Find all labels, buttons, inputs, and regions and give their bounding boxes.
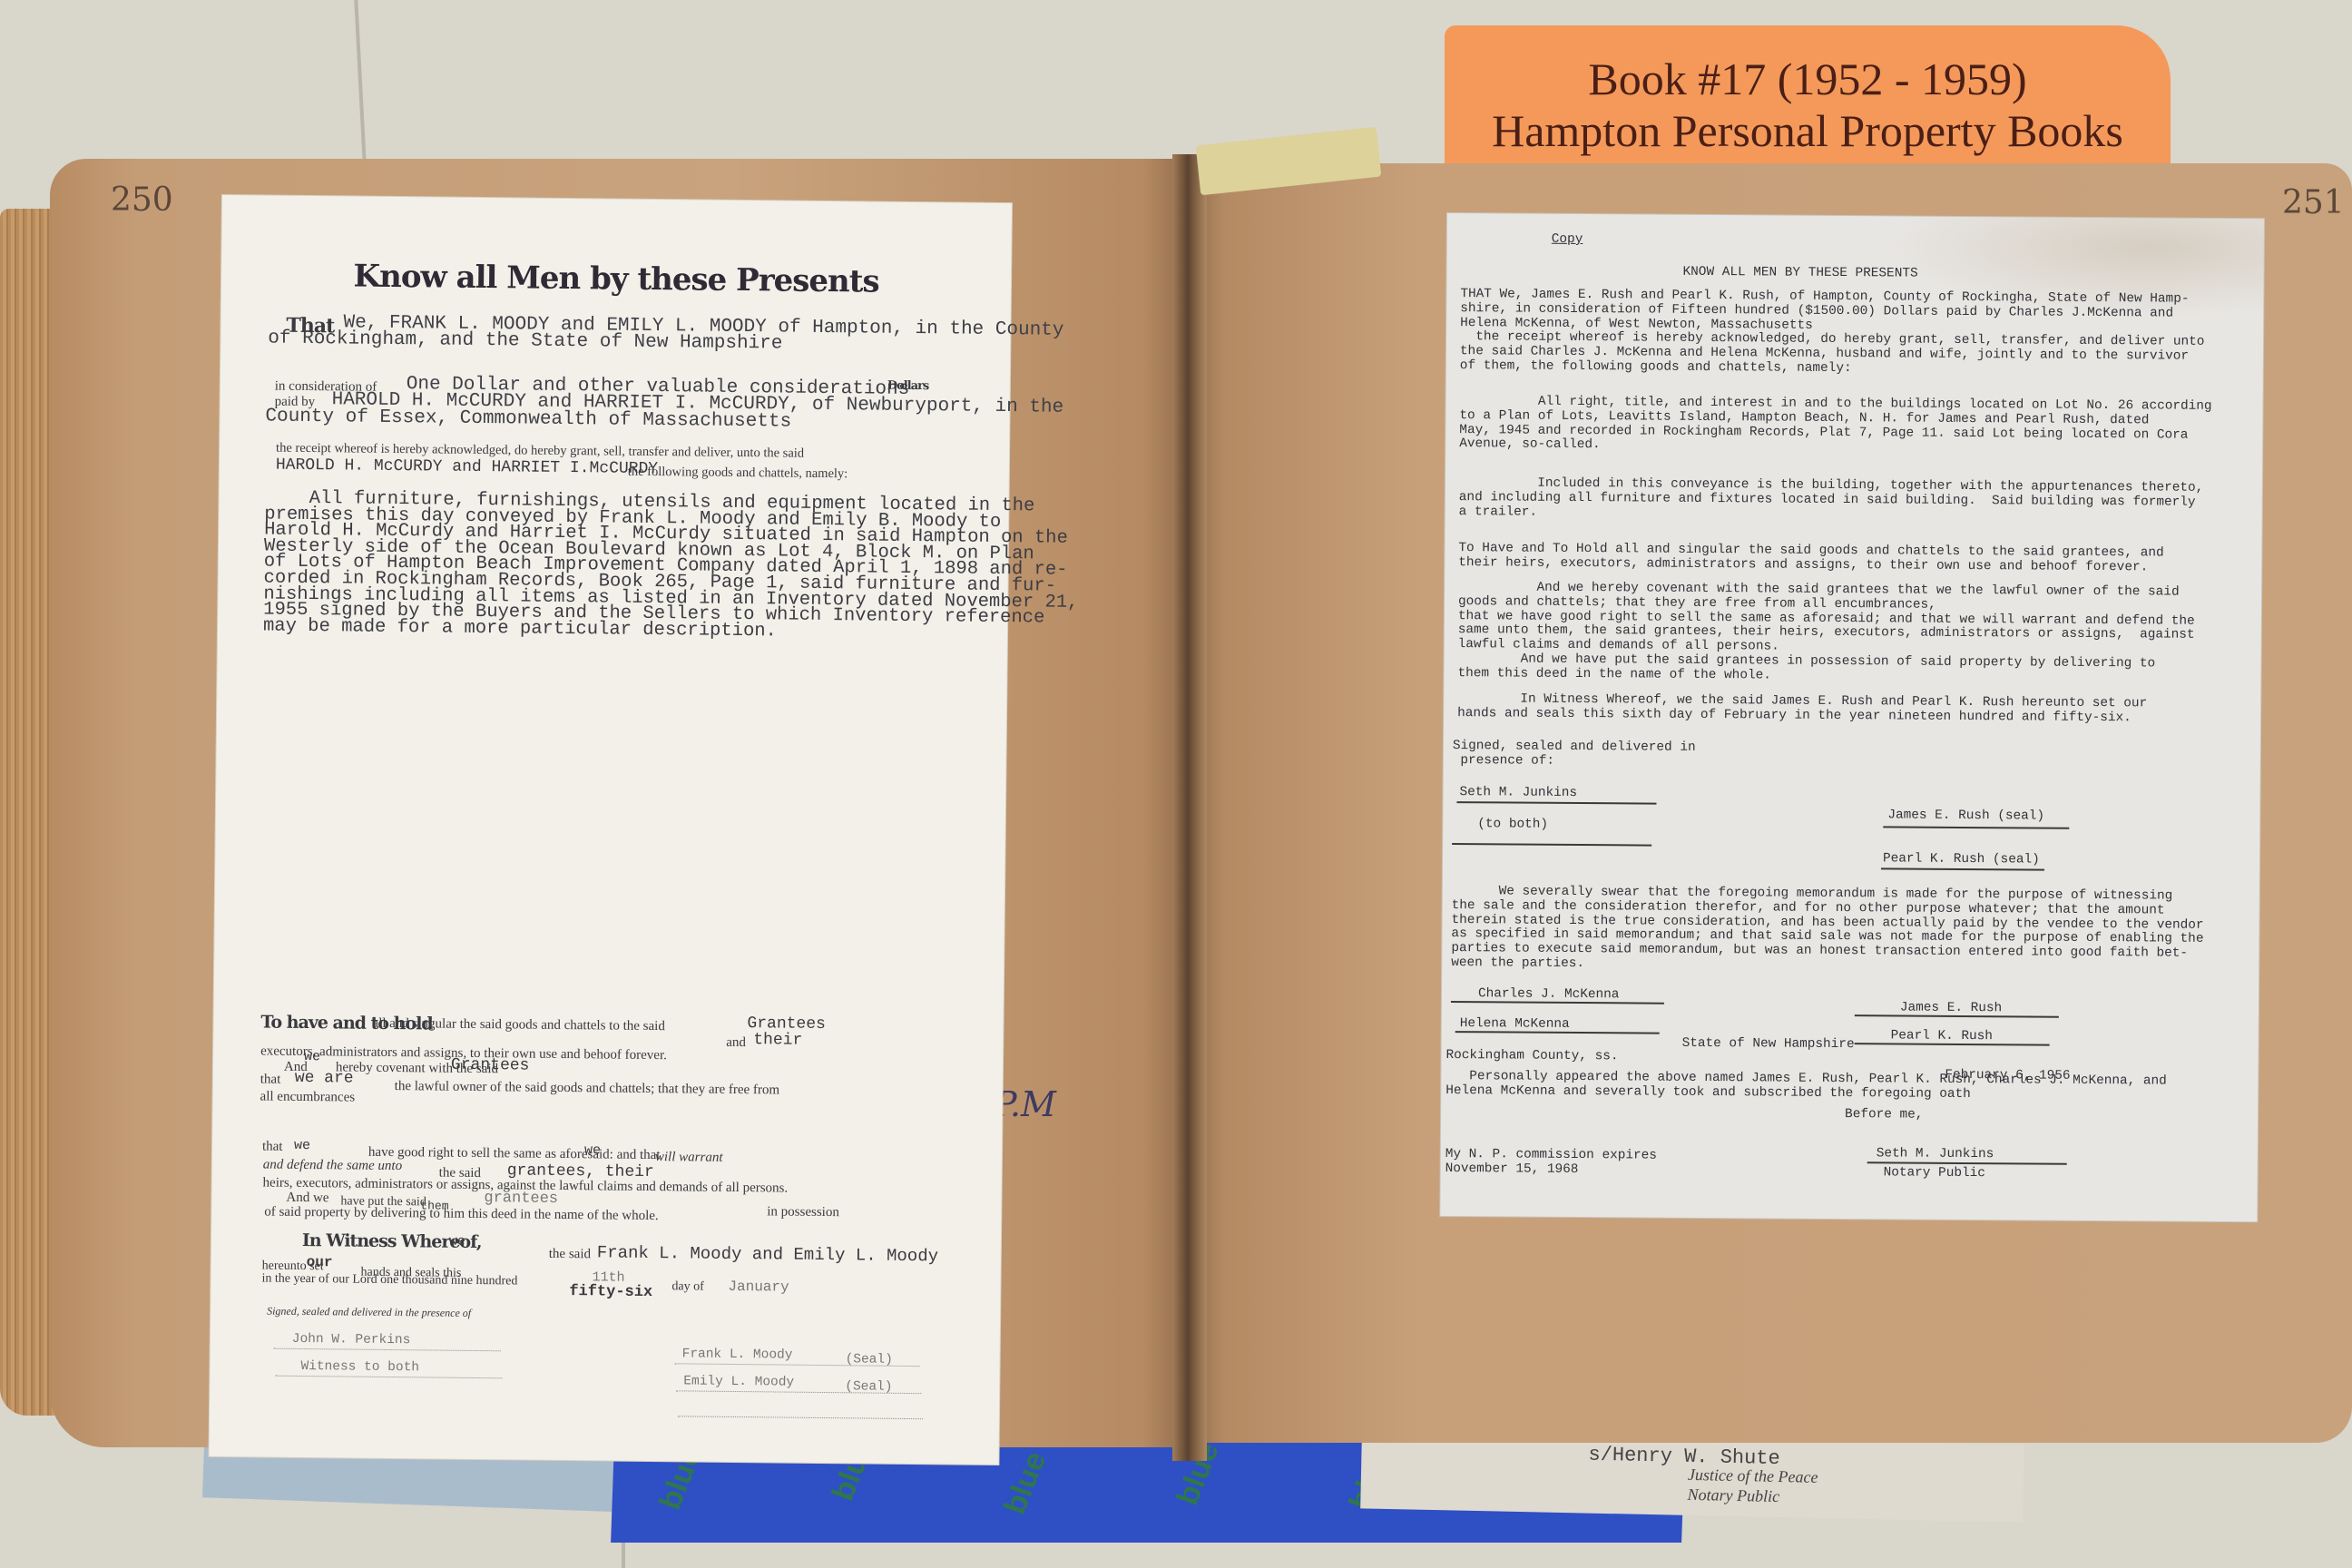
book-label: Book #17 (1952 - 1959) Hampton Personal … bbox=[1445, 25, 2171, 178]
oath-sig-3-line bbox=[1855, 1014, 2059, 1018]
witness-names: Frank L. Moody and Emily L. Moody bbox=[597, 1242, 938, 1266]
tape-logo: blue bbox=[997, 1447, 1053, 1519]
we-fill: we bbox=[304, 1049, 320, 1064]
copy-label: Copy bbox=[1552, 232, 1583, 247]
notary-title: Notary Public bbox=[1884, 1165, 1985, 1181]
lawful-owner-text: the lawful owner of the said goods and c… bbox=[395, 1079, 780, 1098]
habendum-paragraph: To Have and To Hold all and singular the… bbox=[1458, 542, 2163, 575]
witness-2: Witness to both bbox=[300, 1359, 419, 1375]
page-number-right: 251 bbox=[2282, 184, 2345, 221]
possession-text: in possession bbox=[767, 1204, 839, 1220]
we-fill-3: we bbox=[294, 1138, 310, 1153]
signed-label: Signed, sealed and delivered in presence… bbox=[1453, 740, 1696, 769]
we-fill-4: we bbox=[584, 1142, 601, 1158]
left-deed-sheet: Know all Men by these Presents That We, … bbox=[209, 195, 1012, 1465]
underlying-notary-slip: s/Henry W. Shute Justice of the Peace No… bbox=[1360, 1431, 2024, 1522]
right-deed-sheet: Copy KNOW ALL MEN BY THESE PRESENTS THAT… bbox=[1440, 213, 2264, 1221]
notary-signature-line bbox=[1867, 1161, 2067, 1165]
notary-name: Seth M. Junkins bbox=[1877, 1146, 1994, 1161]
grantor-2-line bbox=[1881, 867, 2044, 870]
signer-line-3 bbox=[678, 1416, 923, 1419]
habendum-text: all and singular the said goods and chat… bbox=[372, 1016, 665, 1034]
year-text: in the year of our Lord one thousand nin… bbox=[261, 1272, 517, 1289]
witness-line-1 bbox=[274, 1348, 501, 1352]
slip-title-jp: Justice of the Peace bbox=[1688, 1465, 1818, 1487]
signed-text: Signed, sealed and delivered in the pres… bbox=[267, 1305, 471, 1320]
before-me: Before me, bbox=[1845, 1107, 1923, 1122]
receipt-grantees: HAROLD H. McCURDY and HARRIET I.McCURDY bbox=[276, 456, 658, 478]
slip-title-np: Notary Public bbox=[1687, 1485, 1779, 1506]
witness-paragraph: In Witness Whereof, we the said James E.… bbox=[1457, 692, 2147, 726]
witness-line-2 bbox=[275, 1376, 502, 1379]
book-spine bbox=[1172, 154, 1207, 1461]
oath-sig-4-line bbox=[1855, 1043, 2050, 1046]
signer-2: Emily L. Moody bbox=[683, 1374, 794, 1389]
commission-expires: My N. P. commission expires November 15,… bbox=[1445, 1148, 1657, 1178]
oath-paragraph: We severally swear that the foregoing me… bbox=[1451, 885, 2204, 976]
encumbrances-text: all encumbrances bbox=[260, 1089, 356, 1105]
conveyance-paragraph: Included in this conveyance is the build… bbox=[1459, 476, 2204, 524]
book-label-subtitle: Hampton Personal Property Books bbox=[1445, 103, 2171, 158]
signer-1: Frank L. Moody bbox=[682, 1347, 793, 1362]
covenant-fill: Grantees bbox=[451, 1056, 530, 1075]
oath-sig-2: Helena McKenna bbox=[1460, 1016, 1570, 1032]
defend-text: and defend the same unto bbox=[263, 1158, 402, 1175]
state-label: State of New Hampshire bbox=[1682, 1036, 1855, 1052]
delivering-text: of said property by delivering to him th… bbox=[264, 1205, 659, 1225]
margin-initials: P.M bbox=[994, 1084, 1056, 1124]
covenant-paragraph: And we hereby covenant with the said gra… bbox=[1457, 581, 2195, 686]
witness-1: John W. Perkins bbox=[292, 1332, 411, 1347]
deed-title: Know all Men by these Presents bbox=[221, 257, 1011, 301]
deed-title-typed: KNOW ALL MEN BY THESE PRESENTS bbox=[1682, 265, 1917, 281]
grantor-2: Pearl K. Rush (seal) bbox=[1883, 851, 2040, 867]
we-are-fill: we are bbox=[295, 1069, 354, 1088]
table-seam bbox=[354, 0, 366, 163]
and-we-label: And we bbox=[286, 1191, 328, 1206]
deed-body: All furniture, furnishings, utensils and… bbox=[263, 491, 955, 642]
page-number-left: 250 bbox=[111, 181, 173, 219]
property-paragraph: All right, title, and interest in and to… bbox=[1459, 395, 2211, 457]
month-value: January bbox=[728, 1279, 789, 1296]
grant-paragraph: THAT We, James E. Rush and Pearl K. Rush… bbox=[1460, 288, 2205, 379]
acknowledgment-text: Personally appeared the above named Jame… bbox=[1445, 1070, 2167, 1103]
our-fill: our bbox=[307, 1254, 333, 1270]
oath-sig-1-line bbox=[1451, 1001, 1664, 1004]
dollars-label: Dollars bbox=[887, 379, 929, 393]
that-label-2: that bbox=[260, 1072, 281, 1087]
witness-signature-line bbox=[1456, 801, 1656, 805]
following-text: the following goods and chattels, namely… bbox=[628, 465, 848, 483]
oath-sig-4: Pearl K. Rush bbox=[1891, 1028, 1993, 1044]
oath-sig-1: Charles J. McKenna bbox=[1478, 986, 1620, 1002]
oath-sig-2-line bbox=[1455, 1031, 1660, 1034]
grantor-1: James E. Rush (seal) bbox=[1887, 808, 2044, 823]
year-value: fifty-six bbox=[569, 1283, 652, 1301]
seal-2: (Seal) bbox=[845, 1379, 892, 1395]
habendum-and: and bbox=[726, 1035, 746, 1051]
warrant-text: will warrant bbox=[655, 1150, 723, 1166]
witness-we: we bbox=[449, 1234, 465, 1249]
witness-said: the said bbox=[549, 1247, 591, 1262]
put-fill: grantees bbox=[484, 1190, 558, 1208]
grantees-line-2: County of Essex, Commonwealth of Massach… bbox=[265, 407, 791, 433]
seal-1: (Seal) bbox=[846, 1352, 893, 1367]
to-both: (to both) bbox=[1477, 817, 1548, 832]
book-label-title: Book #17 (1952 - 1959) bbox=[1445, 54, 2171, 103]
habendum-fill-their: their bbox=[753, 1031, 802, 1050]
day-of-label: day of bbox=[671, 1279, 704, 1294]
county-label: Rockingham County, ss. bbox=[1445, 1048, 1618, 1063]
that-label-3: that bbox=[262, 1140, 283, 1155]
oath-sig-3: James E. Rush bbox=[1900, 1001, 2002, 1016]
witness-name: Seth M. Junkins bbox=[1459, 785, 1577, 800]
right-text: have good right to sell the same as afor… bbox=[368, 1145, 661, 1163]
grantors-line-2: of Rockingham, and the State of New Hamp… bbox=[268, 328, 782, 355]
second-witness-line bbox=[1452, 843, 1651, 847]
grantor-1-line bbox=[1883, 826, 2069, 828]
